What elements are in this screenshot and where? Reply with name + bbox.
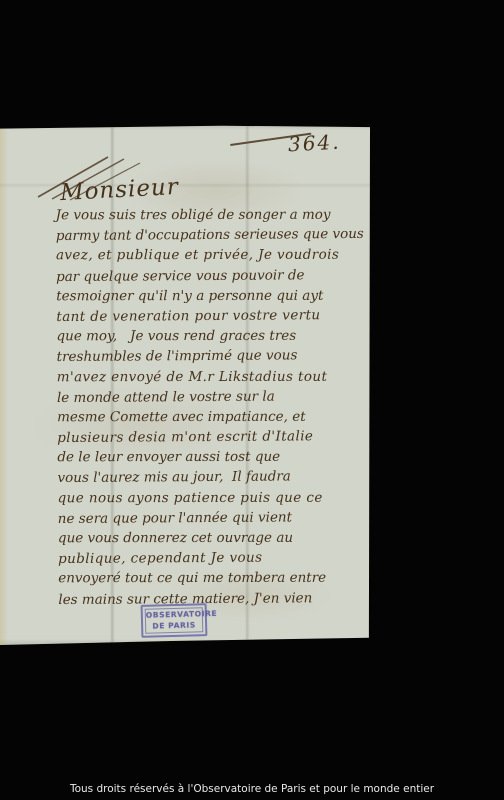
scan-viewer: 364. Monsieur Je vous suis tres obligé d… xyxy=(0,0,504,800)
letter-line: avez, et publique et privée, Je voudrois xyxy=(56,245,358,266)
letter-line: que moy, Je vous rend graces tres xyxy=(56,326,358,347)
rights-caption: Tous droits réservés à l'Observatoire de… xyxy=(0,783,504,795)
letter-line: par quelque service vous pouvoir de xyxy=(56,265,358,287)
letter-line: treshumbles de l'imprimé que vous xyxy=(57,345,359,367)
letter-line: les mains sur cette matiere, J'en vien xyxy=(58,588,360,610)
letter-line: que nous ayons patience puis que ce xyxy=(58,487,360,508)
letter-line: m'avez envoyé de M.r Likstadius tout xyxy=(57,366,359,387)
letter-line: publique, cependant Je vous xyxy=(58,547,360,569)
letter-line: vous l'aurez mis au jour, Il faudra xyxy=(57,466,359,488)
letter-line: plusieurs desia m'ont escrit d'Italie xyxy=(57,426,359,448)
letter-line: mesme Comette avec impatiance, et xyxy=(57,407,359,428)
letter-page: 364. Monsieur Je vous suis tres obligé d… xyxy=(0,125,370,645)
observatoire-stamp-text: OBSERVATOIRE DE PARIS xyxy=(145,607,204,634)
letter-line: tesmoigner qu'il n'y a personne qui ayt xyxy=(56,285,358,306)
stamp-line-2: DE PARIS xyxy=(146,620,202,632)
observatoire-stamp: OBSERVATOIRE DE PARIS xyxy=(141,603,208,638)
letter-body: Je vous suis tres obligé de songer a moy… xyxy=(56,204,361,610)
letter-line: parmy tant d'occupations serieuses que v… xyxy=(56,224,358,246)
letter-line: que vous donnerez cet ouvrage au xyxy=(58,528,360,549)
letter-line: tant de veneration pour vostre vertu xyxy=(56,305,358,327)
folio-number: 364. xyxy=(287,130,341,157)
letter-line: ne sera que pour l'année qui vient xyxy=(58,507,360,529)
letter-line: envoyeré tout ce qui me tombera entre xyxy=(58,568,360,589)
salutation: Monsieur xyxy=(59,174,179,206)
letter-line: le monde attend le vostre sur la xyxy=(57,386,359,408)
letter-line: de le leur envoyer aussi tost que xyxy=(57,447,359,468)
letter-line: Je vous suis tres obligé de songer a moy xyxy=(56,205,358,226)
